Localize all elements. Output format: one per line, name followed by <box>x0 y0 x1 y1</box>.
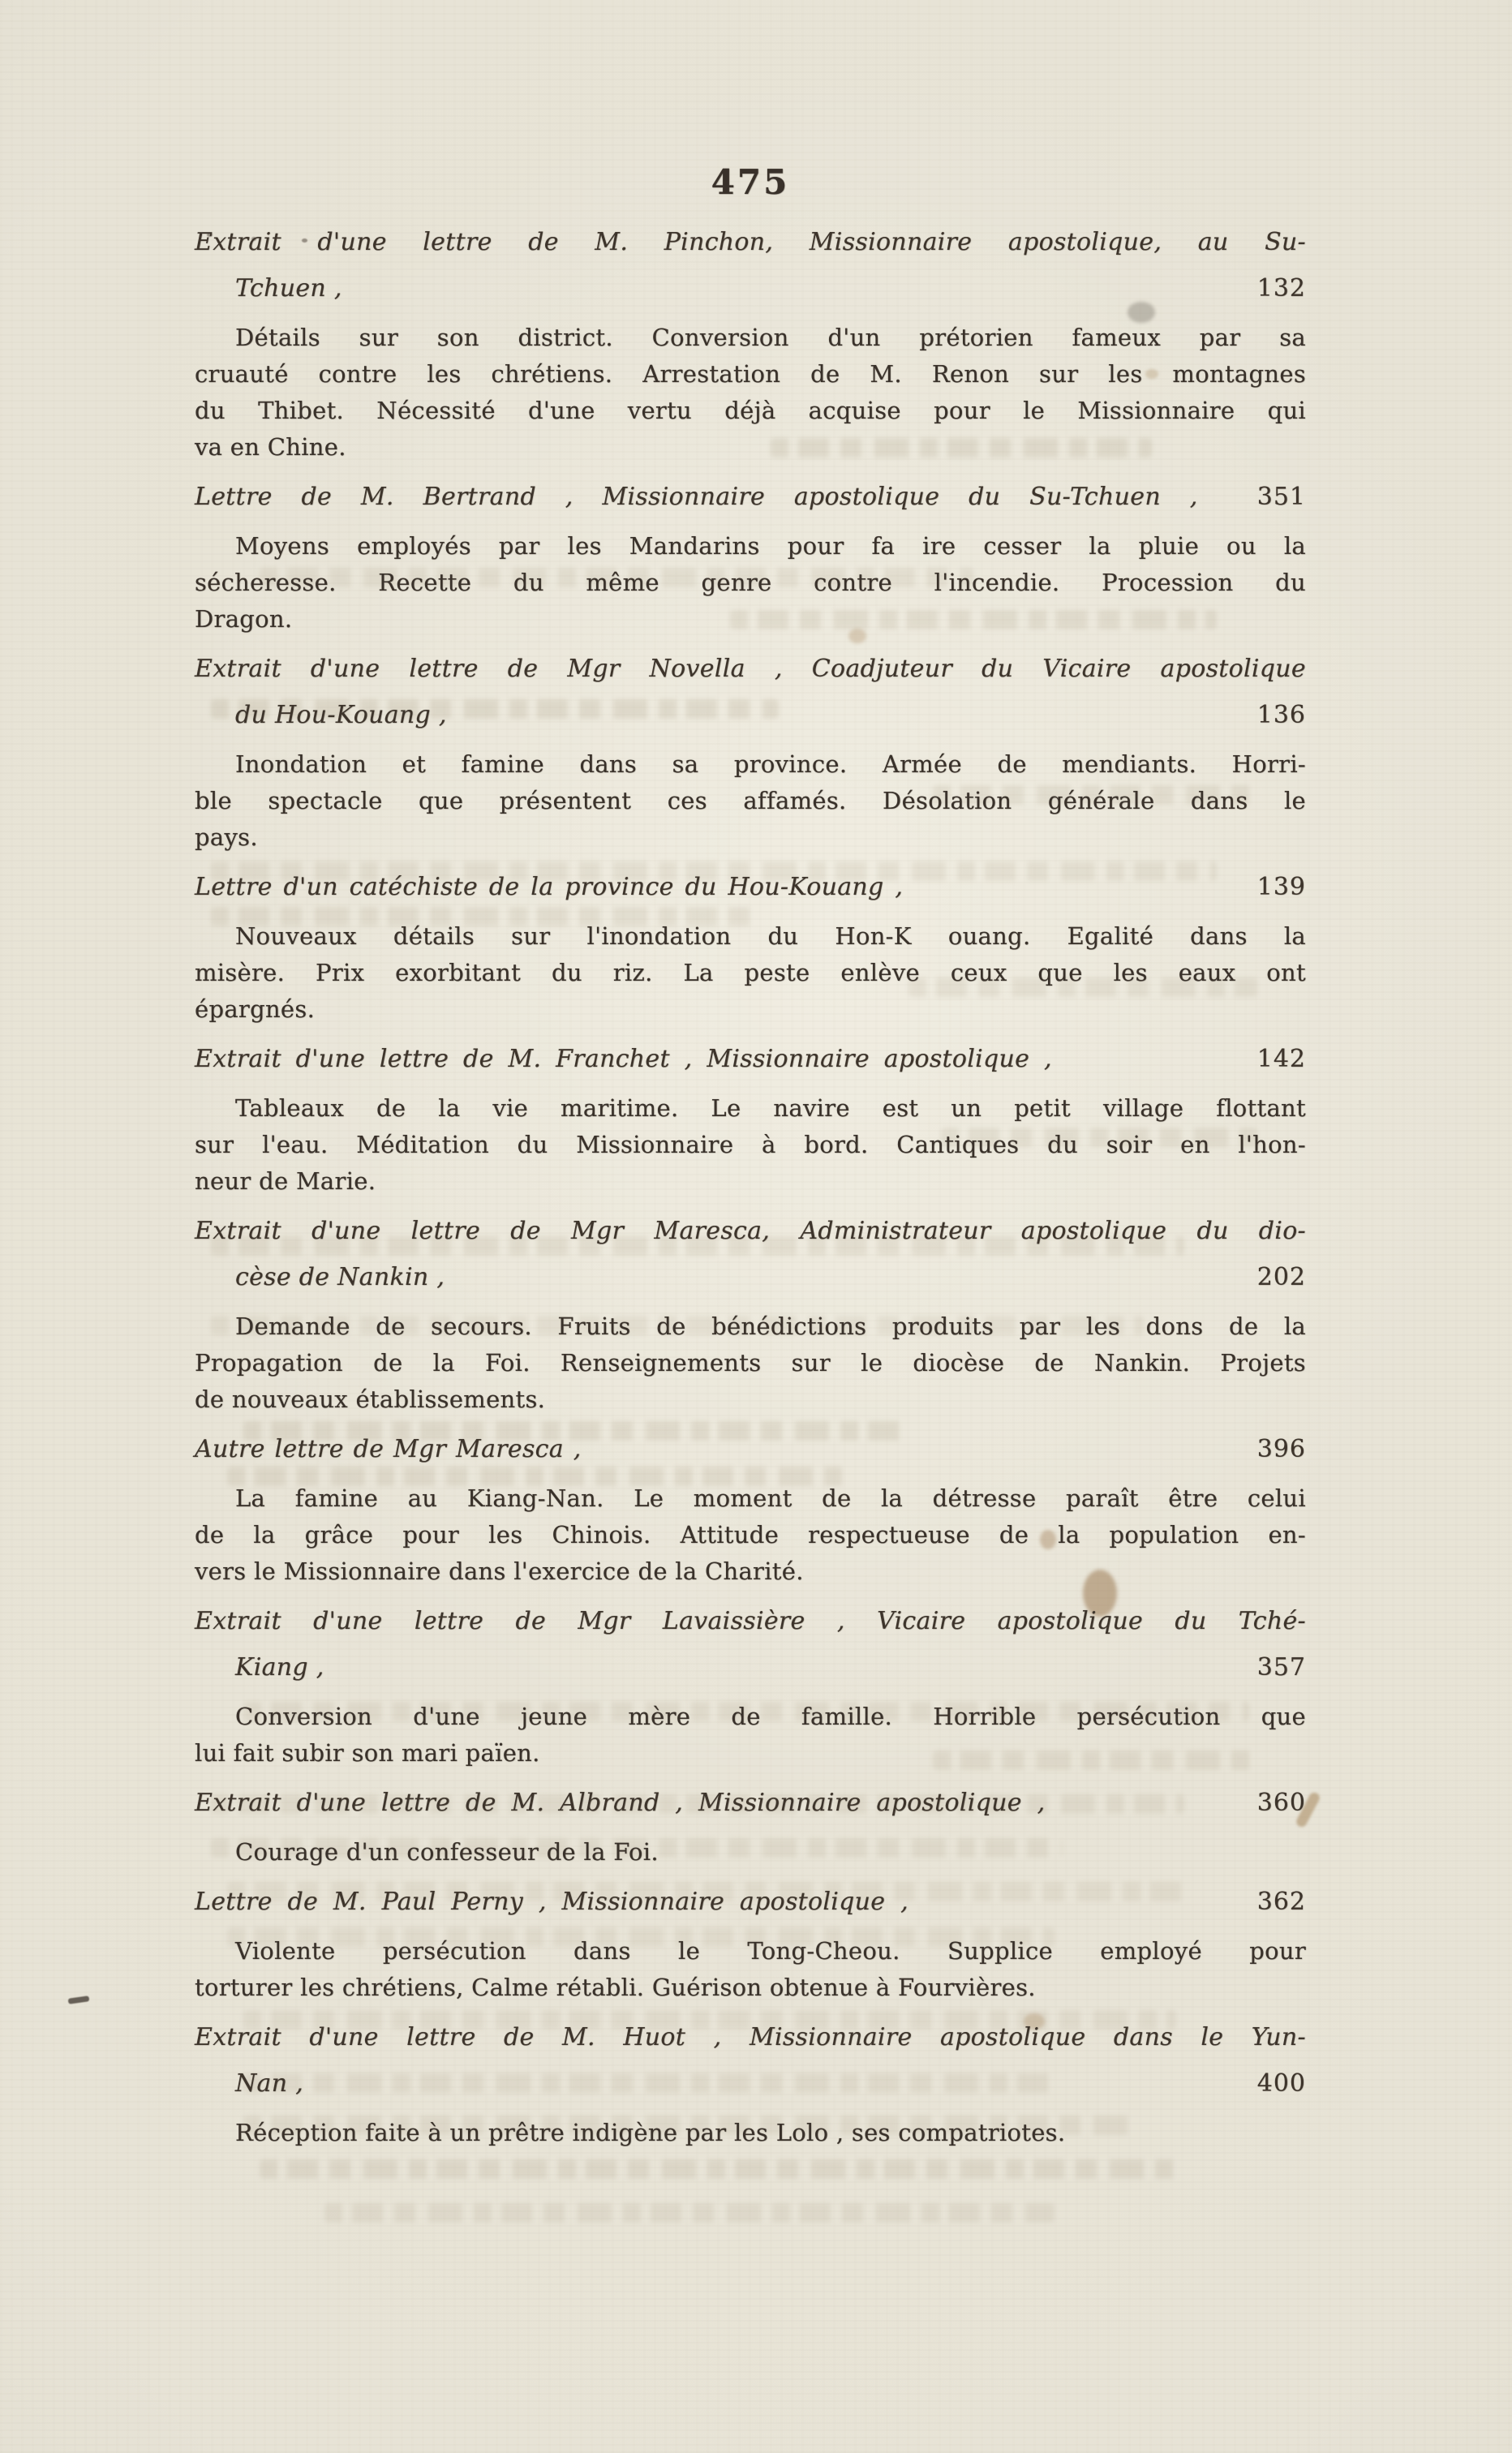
entry-end-line: Lettre de M. Bertrand , Missionnaire apo… <box>195 474 1306 520</box>
summary-line: Demande de secours. Fruits de bénédictio… <box>195 1308 1306 1345</box>
summary-line: cruauté contre les chrétiens. Arrestatio… <box>195 356 1306 393</box>
summary-line: du Thibet. Nécessité d'une vertu déjà ac… <box>195 393 1306 429</box>
toc-text-block: Extrait d'une lettre de M. Pinchon, Miss… <box>195 219 1306 2151</box>
entry-title-text: Lettre d'un catéchiste de la province du… <box>195 864 903 910</box>
summary-line: Dragon. <box>195 601 1306 638</box>
entry-end-line: Autre lettre de Mgr Maresca ,396 <box>195 1426 1306 1472</box>
toc-entry-summary: Nouveaux détails sur l'inondation du Hon… <box>195 918 1306 1028</box>
summary-line: sécheresse. Recette du même genre contre… <box>195 565 1306 601</box>
entry-title-text: cèse de Nankin , <box>195 1254 445 1300</box>
entry-end-line: Lettre d'un catéchiste de la province du… <box>195 864 1306 910</box>
summary-line: Inondation et famine dans sa province. A… <box>195 746 1306 783</box>
entry-title-text: Autre lettre de Mgr Maresca , <box>195 1426 582 1472</box>
entry-line: Extrait d'une lettre de Mgr Novella , Co… <box>195 646 1306 692</box>
entry-end-line: Extrait d'une lettre de M. Albrand , Mis… <box>195 1780 1306 1826</box>
entry-end-line: Nan ,400 <box>195 2060 1306 2107</box>
summary-line: Courage d'un confesseur de la Foi. <box>195 1834 1306 1871</box>
entry-title-text: Extrait d'une lettre de M. Franchet , Mi… <box>195 1036 1052 1082</box>
entry-end-line: Lettre de M. Paul Perny , Missionnaire a… <box>195 1879 1306 1925</box>
summary-line: Propagation de la Foi. Renseignements su… <box>195 1345 1306 1381</box>
entry-page-number: 360 <box>1257 1780 1306 1826</box>
entry-page-number: 142 <box>1257 1036 1306 1082</box>
entry-end-line: Extrait d'une lettre de M. Franchet , Mi… <box>195 1036 1306 1082</box>
entry-end-line: Kiang ,357 <box>195 1644 1306 1690</box>
summary-line: Nouveaux détails sur l'inondation du Hon… <box>195 918 1306 955</box>
summary-line: de la grâce pour les Chinois. Attitude r… <box>195 1517 1306 1553</box>
entry-title-text: Tchuen , <box>195 265 342 311</box>
toc-entry: Autre lettre de Mgr Maresca ,396 <box>195 1426 1306 1472</box>
folio-page-number: 475 <box>195 162 1306 202</box>
summary-line: pays. <box>195 819 1306 856</box>
summary-line: Conversion d'une jeune mère de famille. … <box>195 1699 1306 1735</box>
entry-title-text: Lettre de M. Bertrand , Missionnaire apo… <box>195 474 1198 520</box>
toc-entry: Extrait d'une lettre de Mgr Lavaissière … <box>195 1598 1306 1690</box>
toc-entry-summary: La famine au Kiang-Nan. Le moment de la … <box>195 1480 1306 1590</box>
entry-page-number: 357 <box>1257 1644 1306 1690</box>
toc-entry: Extrait d'une lettre de M. Albrand , Mis… <box>195 1780 1306 1826</box>
summary-line: La famine au Kiang-Nan. Le moment de la … <box>195 1480 1306 1517</box>
toc-entry: Lettre de M. Bertrand , Missionnaire apo… <box>195 474 1306 520</box>
entry-line: Extrait d'une lettre de Mgr Maresca, Adm… <box>195 1208 1306 1254</box>
summary-line: Tableaux de la vie maritime. Le navire e… <box>195 1090 1306 1127</box>
toc-entry-summary: Inondation et famine dans sa province. A… <box>195 746 1306 856</box>
ink-dash-mark <box>68 1995 90 2004</box>
summary-line: épargnés. <box>195 991 1306 1028</box>
entry-line: Extrait d'une lettre de M. Pinchon, Miss… <box>195 219 1306 265</box>
entry-page-number: 202 <box>1257 1254 1306 1300</box>
toc-entry: Extrait d'une lettre de M. Huot , Missio… <box>195 2014 1306 2107</box>
scanned-page: 475 Extrait d'une lettre de M. Pinchon, … <box>0 0 1512 2453</box>
entry-title-text: Extrait d'une lettre de M. Albrand , Mis… <box>195 1780 1046 1826</box>
toc-entry: Lettre d'un catéchiste de la province du… <box>195 864 1306 910</box>
toc-entry-summary: Détails sur son district. Conversion d'u… <box>195 320 1306 466</box>
summary-line: lui fait subir son mari païen. <box>195 1735 1306 1772</box>
summary-line: Violente persécution dans le Tong-Cheou.… <box>195 1933 1306 1970</box>
entry-page-number: 396 <box>1257 1426 1306 1472</box>
entry-title-text: Nan , <box>195 2060 303 2107</box>
entry-title-text: Lettre de M. Paul Perny , Missionnaire a… <box>195 1879 908 1925</box>
summary-line: sur l'eau. Méditation du Missionnaire à … <box>195 1127 1306 1163</box>
entry-end-line: Tchuen ,132 <box>195 265 1306 311</box>
summary-line: ble spectacle que présentent ces affamés… <box>195 783 1306 819</box>
entry-title-text: Kiang , <box>195 1644 324 1690</box>
entry-page-number: 362 <box>1257 1879 1306 1925</box>
bleedthrough-band <box>260 2159 1176 2179</box>
toc-entry-summary: Courage d'un confesseur de la Foi. <box>195 1834 1306 1871</box>
summary-line: torturer les chrétiens, Calme rétabli. G… <box>195 1970 1306 2006</box>
summary-line: vers le Missionnaire dans l'exercice de … <box>195 1553 1306 1590</box>
summary-line: de nouveaux établissements. <box>195 1381 1306 1418</box>
summary-line: neur de Marie. <box>195 1163 1306 1200</box>
entry-title-text: du Hou-Kouang , <box>195 692 447 738</box>
entry-page-number: 136 <box>1257 692 1306 738</box>
entry-end-line: du Hou-Kouang ,136 <box>195 692 1306 738</box>
toc-entry-summary: Violente persécution dans le Tong-Cheou.… <box>195 1933 1306 2006</box>
toc-entry: Extrait d'une lettre de M. Franchet , Mi… <box>195 1036 1306 1082</box>
summary-line: Moyens employés par les Mandarins pour f… <box>195 528 1306 565</box>
entry-end-line: cèse de Nankin ,202 <box>195 1254 1306 1300</box>
toc-entry-summary: Réception faite à un prêtre indigène par… <box>195 2115 1306 2151</box>
entry-page-number: 132 <box>1257 265 1306 311</box>
toc-entry: Extrait d'une lettre de Mgr Maresca, Adm… <box>195 1208 1306 1300</box>
toc-entry-summary: Conversion d'une jeune mère de famille. … <box>195 1699 1306 1772</box>
summary-line: misère. Prix exorbitant du riz. La peste… <box>195 955 1306 991</box>
toc-entry: Extrait d'une lettre de Mgr Novella , Co… <box>195 646 1306 738</box>
entry-line: Extrait d'une lettre de M. Huot , Missio… <box>195 2014 1306 2060</box>
summary-line: va en Chine. <box>195 429 1306 466</box>
entry-line: Extrait d'une lettre de Mgr Lavaissière … <box>195 1598 1306 1644</box>
toc-entry: Extrait d'une lettre de M. Pinchon, Miss… <box>195 219 1306 311</box>
summary-line: Réception faite à un prêtre indigène par… <box>195 2115 1306 2151</box>
toc-entry-summary: Moyens employés par les Mandarins pour f… <box>195 528 1306 638</box>
toc-entry-summary: Tableaux de la vie maritime. Le navire e… <box>195 1090 1306 1200</box>
entry-page-number: 351 <box>1257 474 1306 520</box>
entry-page-number: 139 <box>1257 864 1306 910</box>
toc-entry-summary: Demande de secours. Fruits de bénédictio… <box>195 1308 1306 1418</box>
entry-page-number: 400 <box>1257 2060 1306 2107</box>
bleedthrough-band <box>324 2203 1055 2223</box>
toc-entry: Lettre de M. Paul Perny , Missionnaire a… <box>195 1879 1306 1925</box>
summary-line: Détails sur son district. Conversion d'u… <box>195 320 1306 356</box>
